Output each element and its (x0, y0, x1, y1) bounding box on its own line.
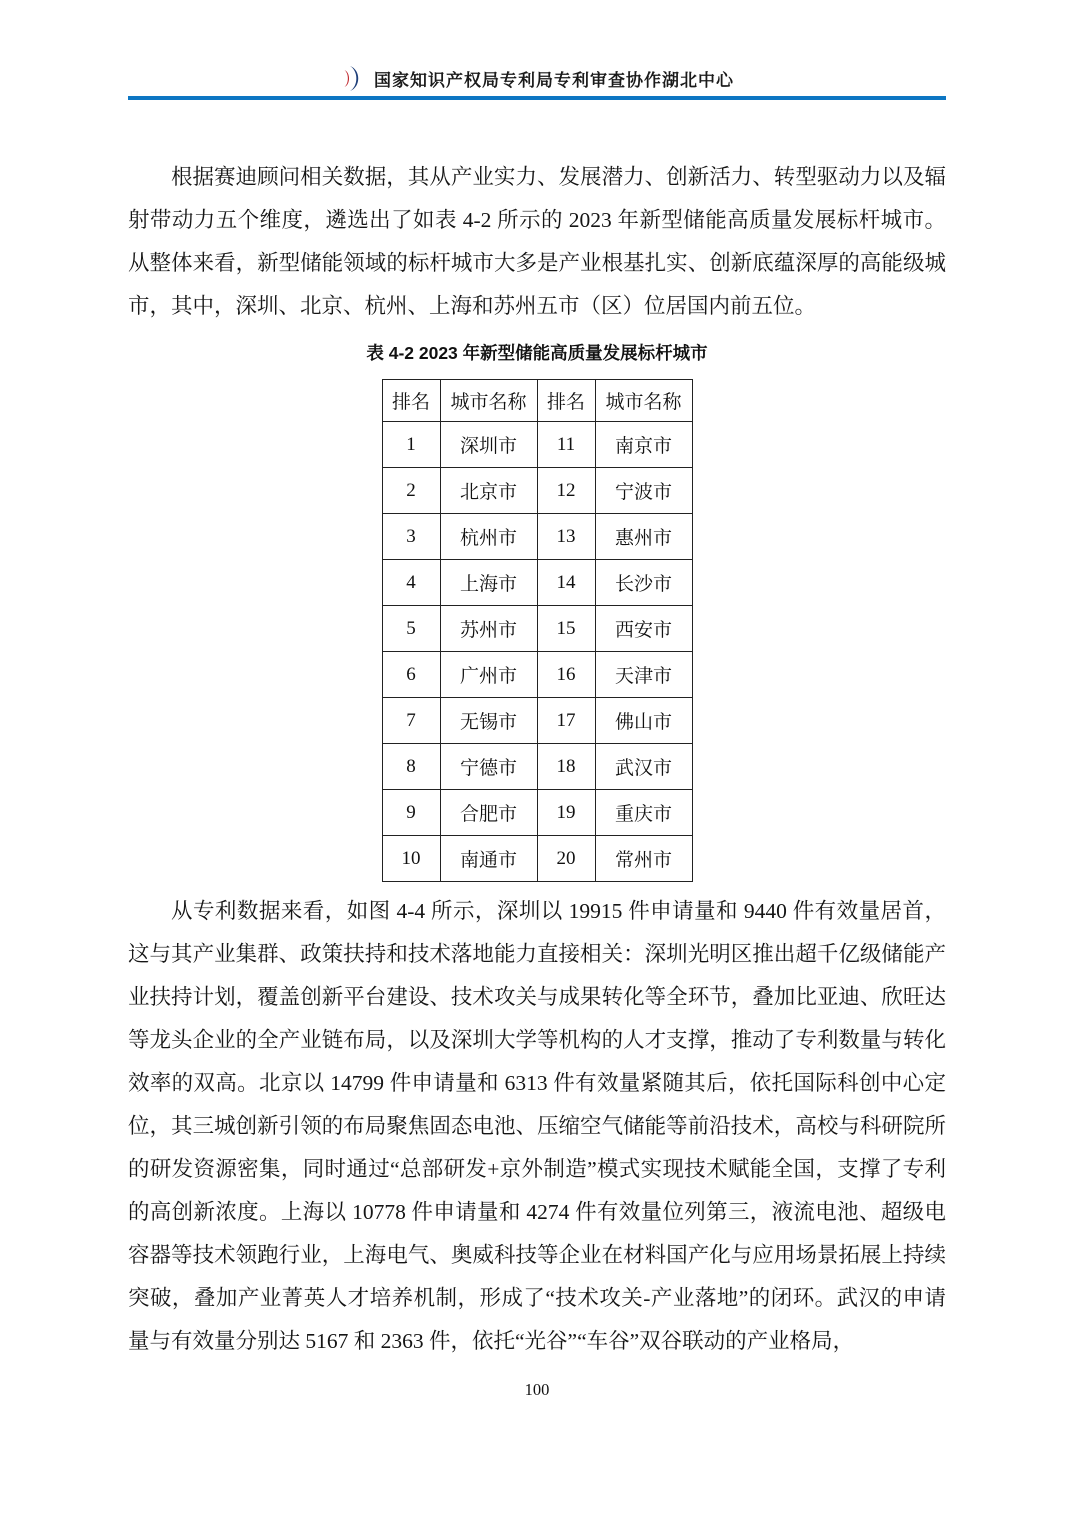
rank-cell: 5 (382, 606, 440, 652)
table-row: 7 无锡市 17 佛山市 (382, 698, 692, 744)
document-page: 国家知识产权局专利局专利审查协作湖北中心 根据赛迪顾问相关数据，其从产业实力、发… (0, 0, 1074, 1520)
city-cell: 杭州市 (440, 514, 537, 560)
city-cell: 南京市 (595, 422, 692, 468)
header-content: 国家知识产权局专利局专利审查协作湖北中心 (340, 65, 734, 92)
table-row: 9 合肥市 19 重庆市 (382, 790, 692, 836)
rank-cell: 16 (537, 652, 595, 698)
main-content: 根据赛迪顾问相关数据，其从产业实力、发展潜力、创新活力、转型驱动力以及辐射带动力… (128, 156, 946, 1363)
city-cell: 南通市 (440, 836, 537, 882)
city-cell: 苏州市 (440, 606, 537, 652)
table-body: 1 深圳市 11 南京市 2 北京市 12 宁波市 3 杭州市 13 惠州市 (382, 422, 692, 882)
city-cell: 惠州市 (595, 514, 692, 560)
rank-cell: 13 (537, 514, 595, 560)
page-footer: 100 (0, 1380, 1074, 1400)
rank-cell: 3 (382, 514, 440, 560)
rank-cell: 7 (382, 698, 440, 744)
rank-cell: 17 (537, 698, 595, 744)
rank-cell: 15 (537, 606, 595, 652)
table-head: 排名 城市名称 排名 城市名称 (382, 380, 692, 422)
paragraph-patent-data: 从专利数据来看，如图 4-4 所示，深圳以 19915 件申请量和 9440 件… (128, 890, 946, 1363)
city-cell: 宁德市 (440, 744, 537, 790)
city-cell: 深圳市 (440, 422, 537, 468)
col-header-city-right: 城市名称 (595, 380, 692, 422)
city-cell: 重庆市 (595, 790, 692, 836)
city-cell: 广州市 (440, 652, 537, 698)
rank-cell: 6 (382, 652, 440, 698)
rank-cell: 2 (382, 468, 440, 514)
city-cell: 天津市 (595, 652, 692, 698)
city-cell: 上海市 (440, 560, 537, 606)
table-header-row: 排名 城市名称 排名 城市名称 (382, 380, 692, 422)
city-cell: 宁波市 (595, 468, 692, 514)
rank-cell: 12 (537, 468, 595, 514)
rank-cell: 11 (537, 422, 595, 468)
rank-cell: 8 (382, 744, 440, 790)
city-cell: 佛山市 (595, 698, 692, 744)
rank-cell: 9 (382, 790, 440, 836)
page-header: 国家知识产权局专利局专利审查协作湖北中心 (128, 62, 946, 100)
rank-cell: 14 (537, 560, 595, 606)
header-title: 国家知识产权局专利局专利审查协作湖北中心 (374, 66, 734, 91)
paragraph-intro: 根据赛迪顾问相关数据，其从产业实力、发展潜力、创新活力、转型驱动力以及辐射带动力… (128, 156, 946, 328)
table-caption: 表 4-2 2023 年新型储能高质量发展标杆城市 (128, 340, 946, 366)
rank-cell: 1 (382, 422, 440, 468)
rank-cell: 19 (537, 790, 595, 836)
city-cell: 合肥市 (440, 790, 537, 836)
city-cell: 无锡市 (440, 698, 537, 744)
rank-cell: 10 (382, 836, 440, 882)
table-row: 3 杭州市 13 惠州市 (382, 514, 692, 560)
rank-cell: 18 (537, 744, 595, 790)
table-row: 4 上海市 14 长沙市 (382, 560, 692, 606)
city-cell: 长沙市 (595, 560, 692, 606)
city-cell: 武汉市 (595, 744, 692, 790)
col-header-city-left: 城市名称 (440, 380, 537, 422)
rank-cell: 20 (537, 836, 595, 882)
table-row: 8 宁德市 18 武汉市 (382, 744, 692, 790)
page-number: 100 (525, 1380, 550, 1399)
city-cell: 常州市 (595, 836, 692, 882)
table-row: 6 广州市 16 天津市 (382, 652, 692, 698)
city-cell: 北京市 (440, 468, 537, 514)
col-header-rank-left: 排名 (382, 380, 440, 422)
institute-logo-icon (340, 65, 364, 92)
table-row: 10 南通市 20 常州市 (382, 836, 692, 882)
table-row: 2 北京市 12 宁波市 (382, 468, 692, 514)
city-cell: 西安市 (595, 606, 692, 652)
col-header-rank-right: 排名 (537, 380, 595, 422)
table-row: 1 深圳市 11 南京市 (382, 422, 692, 468)
rank-cell: 4 (382, 560, 440, 606)
benchmark-cities-table: 排名 城市名称 排名 城市名称 1 深圳市 11 南京市 2 北京市 12 宁波 (382, 379, 693, 882)
table-row: 5 苏州市 15 西安市 (382, 606, 692, 652)
